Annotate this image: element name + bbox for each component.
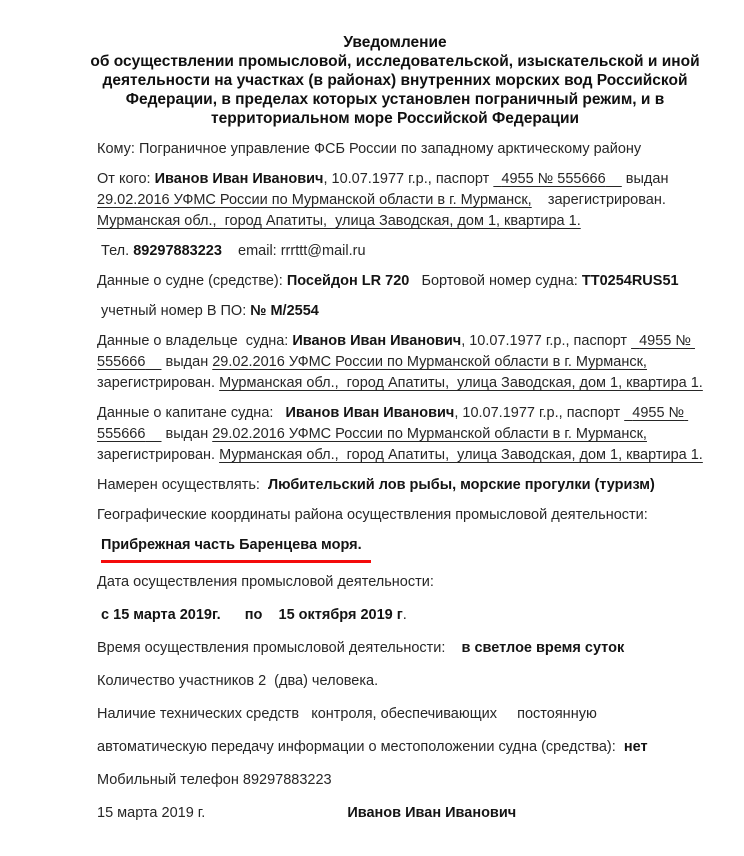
phone-email-line: Тел. 89297883223 email: rrrttt@mail.ru [97,241,707,262]
recipient-line: Кому: Пограничное управление ФСБ России … [97,139,707,160]
text-run: Иванов Иван Иванович [292,333,461,349]
text-run: учетный номер В ПО: [97,303,250,319]
text-run: Мурманская обл., город Апатиты, улица За… [97,213,581,229]
text-run: Количество участников 2 (два) человека. [97,673,378,689]
text-run: 4955 № 555666 [501,171,605,187]
text-run: выдан [622,171,673,187]
text-run: Кому: Пограничное управление ФСБ России … [97,141,641,157]
text-run: Иванов Иван Иванович [347,805,516,821]
text-run: зарегистрирован. [532,192,670,208]
text-run: Географические координаты района осущест… [97,507,648,523]
text-run: Данные о капитане судна: [97,405,286,421]
red-underline [101,560,371,563]
coordinates-label-line: Географические координаты района осущест… [97,505,707,526]
mobile-phone-line: Мобильный телефон 89297883223 [97,770,707,791]
text-run: нет [624,739,648,755]
title-line: Уведомление [83,33,707,52]
text-run: , 10.07.1977 г.р., паспорт [323,171,493,187]
title-line: об осуществлении промысловой, исследоват… [83,52,707,71]
captain-line: Данные о капитане судна: Иванов Иван Ива… [97,403,707,466]
title-line: территориальном море Российской Федераци… [83,109,707,128]
title-line: Федерации, в пределах которых установлен… [83,90,707,109]
text-run: Дата осуществления промысловой деятельно… [97,574,434,590]
technical-means-line-1: Наличие технических средств контроля, об… [97,704,707,725]
title-line: деятельности на участках (в районах) вну… [83,71,707,90]
signature-line: 15 марта 2019 г.Иванов Иван Иванович [97,803,707,824]
vessel-line: Данные о судне (средстве): Посейдон LR 7… [97,271,707,292]
text-run: Мобильный телефон 89297883223 [97,772,332,788]
text-run: Данные о владельце судна: [97,333,292,349]
text-run: Любительский лов рыбы, морские прогулки … [268,477,655,493]
text-run: 29.02.2016 УФМС России по Мурманской обл… [212,426,647,442]
text-run: автоматическую передачу информации о мес… [97,739,624,755]
text-run: 15 марта 2019 г. [97,805,205,821]
area-line: Прибрежная часть Баренцева моря. [97,535,707,563]
text-run [145,426,161,442]
date-range-line: с 15 марта 2019г. по 15 октября 2019 г. [97,605,707,626]
text-run: выдан [162,354,213,370]
text-run: Время осуществления промысловой деятельн… [97,640,462,656]
document-body: Кому: Пограничное управление ФСБ России … [97,139,707,824]
text-run: выдан [162,426,213,442]
text-run: Бортовой номер судна: [409,273,582,289]
text-run: ТТ0254RUS51 [582,273,679,289]
text-run: в светлое время суток [462,640,625,656]
sender-line: От кого: Иванов Иван Иванович, 10.07.197… [97,169,707,232]
time-line: Время осуществления промысловой деятельн… [97,638,707,659]
participants-line: Количество участников 2 (два) человека. [97,671,707,692]
text-run: Данные о судне (средстве): [97,273,287,289]
intended-activity-line: Намерен осуществлять: Любительский лов р… [97,475,707,496]
text-run: email: rrrttt@mail.ru [222,243,366,259]
text-run [631,333,639,349]
text-run: Мурманская обл., город Апатиты, улица За… [219,447,703,463]
text-run: , 10.07.1977 г.р., паспорт [454,405,624,421]
text-run [606,171,622,187]
text-run: 89297883223 [133,243,222,259]
document-title: Уведомлениеоб осуществлении промысловой,… [83,33,707,128]
text-run: 29.02.2016 УФМС России по Мурманской обл… [97,192,532,208]
text-run [145,354,161,370]
text-run: № М/2554 [250,303,319,319]
text-run: Тел. [97,243,133,259]
text-run: Намерен осуществлять: [97,477,268,493]
text-run: От кого: [97,171,155,187]
technical-means-line-2: автоматическую передачу информации о мес… [97,737,707,758]
text-run: . [403,607,407,623]
date-label-line: Дата осуществления промысловой деятельно… [97,572,707,593]
text-run: с 15 марта 2019г. по 15 октября 2019 г [97,607,403,623]
text-run: Мурманская обл., город Апатиты, улица За… [219,375,703,391]
document-page: Уведомлениеоб осуществлении промысловой,… [0,0,744,856]
text-run: Наличие технических средств контроля, об… [97,706,597,722]
text-run: 29.02.2016 УФМС России по Мурманской обл… [212,354,647,370]
text-run: Посейдон LR 720 [287,273,410,289]
text-run: Иванов Иван Иванович [286,405,455,421]
owner-line: Данные о владельце судна: Иванов Иван Ив… [97,331,707,394]
text-run: Прибрежная часть Баренцева моря. [97,537,362,553]
text-run: , 10.07.1977 г.р., паспорт [461,333,631,349]
text-run: Иванов Иван Иванович [155,171,324,187]
registry-number-line: учетный номер В ПО: № М/2554 [97,301,707,322]
